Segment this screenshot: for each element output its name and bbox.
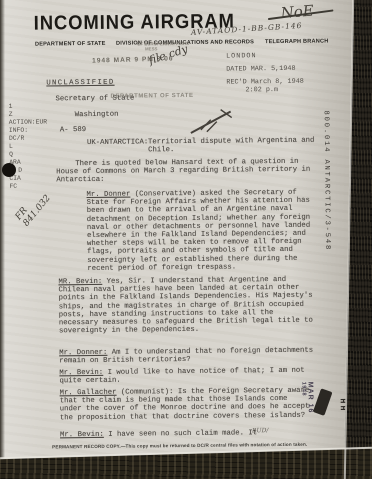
filed-date-stamp: MAR 16 1948 xyxy=(300,382,313,414)
dialogue-paragraph: Mr. Donner: Am I to understand that no f… xyxy=(59,347,317,366)
permanent-record-footer: PERMANENT RECORD COPY.—This copy must be… xyxy=(52,442,312,450)
received-time: 2:02 p.m xyxy=(245,86,278,94)
paper-sheet: INCOMING AIRGRAM DEPARTMENT OF STATE DIV… xyxy=(0,0,372,479)
paper-content: INCOMING AIRGRAM DEPARTMENT OF STATE DIV… xyxy=(0,0,372,479)
hole-punch xyxy=(2,163,16,177)
scan-left-edge xyxy=(0,0,5,479)
dialogue-paragraph: MR. Bevin: Yes, Sir. I understand that A… xyxy=(58,276,317,336)
routing-item: ACTION:EUR xyxy=(9,118,47,126)
dated-line: DATED MAR. 5,1948 xyxy=(226,65,295,74)
city-line: Washington xyxy=(75,111,119,120)
department-of-state-label: DEPARTMENT OF STATE xyxy=(35,41,106,48)
routing-item: FC xyxy=(9,182,47,190)
speaker-text: I have seen no such claim made. It xyxy=(104,429,257,439)
origin-city: LONDON xyxy=(226,52,257,60)
airgram-number: A- 589 xyxy=(60,126,86,134)
telegraph-branch-label: TELEGRAPH BRANCH xyxy=(265,38,329,45)
dialogue-paragraph: Mr. Bevin: I have seen no such claim mad… xyxy=(60,429,318,440)
classification-label: UNCLASSIFIED xyxy=(46,79,114,88)
subject-label: UK-ANTARCTICA: xyxy=(87,138,148,147)
dialogue-paragraph: Mr. Donner (Conservative) asked the Secr… xyxy=(86,189,319,273)
file-number-vertical: 800.014 ANTARCTIC/3-548 xyxy=(322,110,332,320)
ink-blob-stamp xyxy=(313,388,333,416)
document-scan: INCOMING AIRGRAM DEPARTMENT OF STATE DIV… xyxy=(0,0,372,479)
speaker-name: Mr. Bevin: xyxy=(60,431,104,439)
dialogue-paragraph: Mr. Bevin: I would like to have notice o… xyxy=(59,367,317,386)
dept-of-state-stamp: DEPARTMENT OF STATE xyxy=(110,93,193,100)
margin-annotation-fr: FR 841.032 xyxy=(14,187,53,228)
dialogue-paragraph: Mr. Gallacher (Communist): Is the Foreig… xyxy=(60,387,310,422)
speaker-text: (Conservative) asked the Secretary of St… xyxy=(87,189,311,273)
subject-text: Territorial dispute with Argentina and C… xyxy=(148,137,316,155)
intro-paragraph: There is quoted below Hansard text of a … xyxy=(56,158,314,185)
footer-handwritten-initials: RUD/ xyxy=(252,427,268,434)
routing-column: 1 Z ACTION:EUR INFO: DC/R L Q ARA D CIA … xyxy=(9,102,48,190)
pen-mark-icon xyxy=(187,105,239,136)
